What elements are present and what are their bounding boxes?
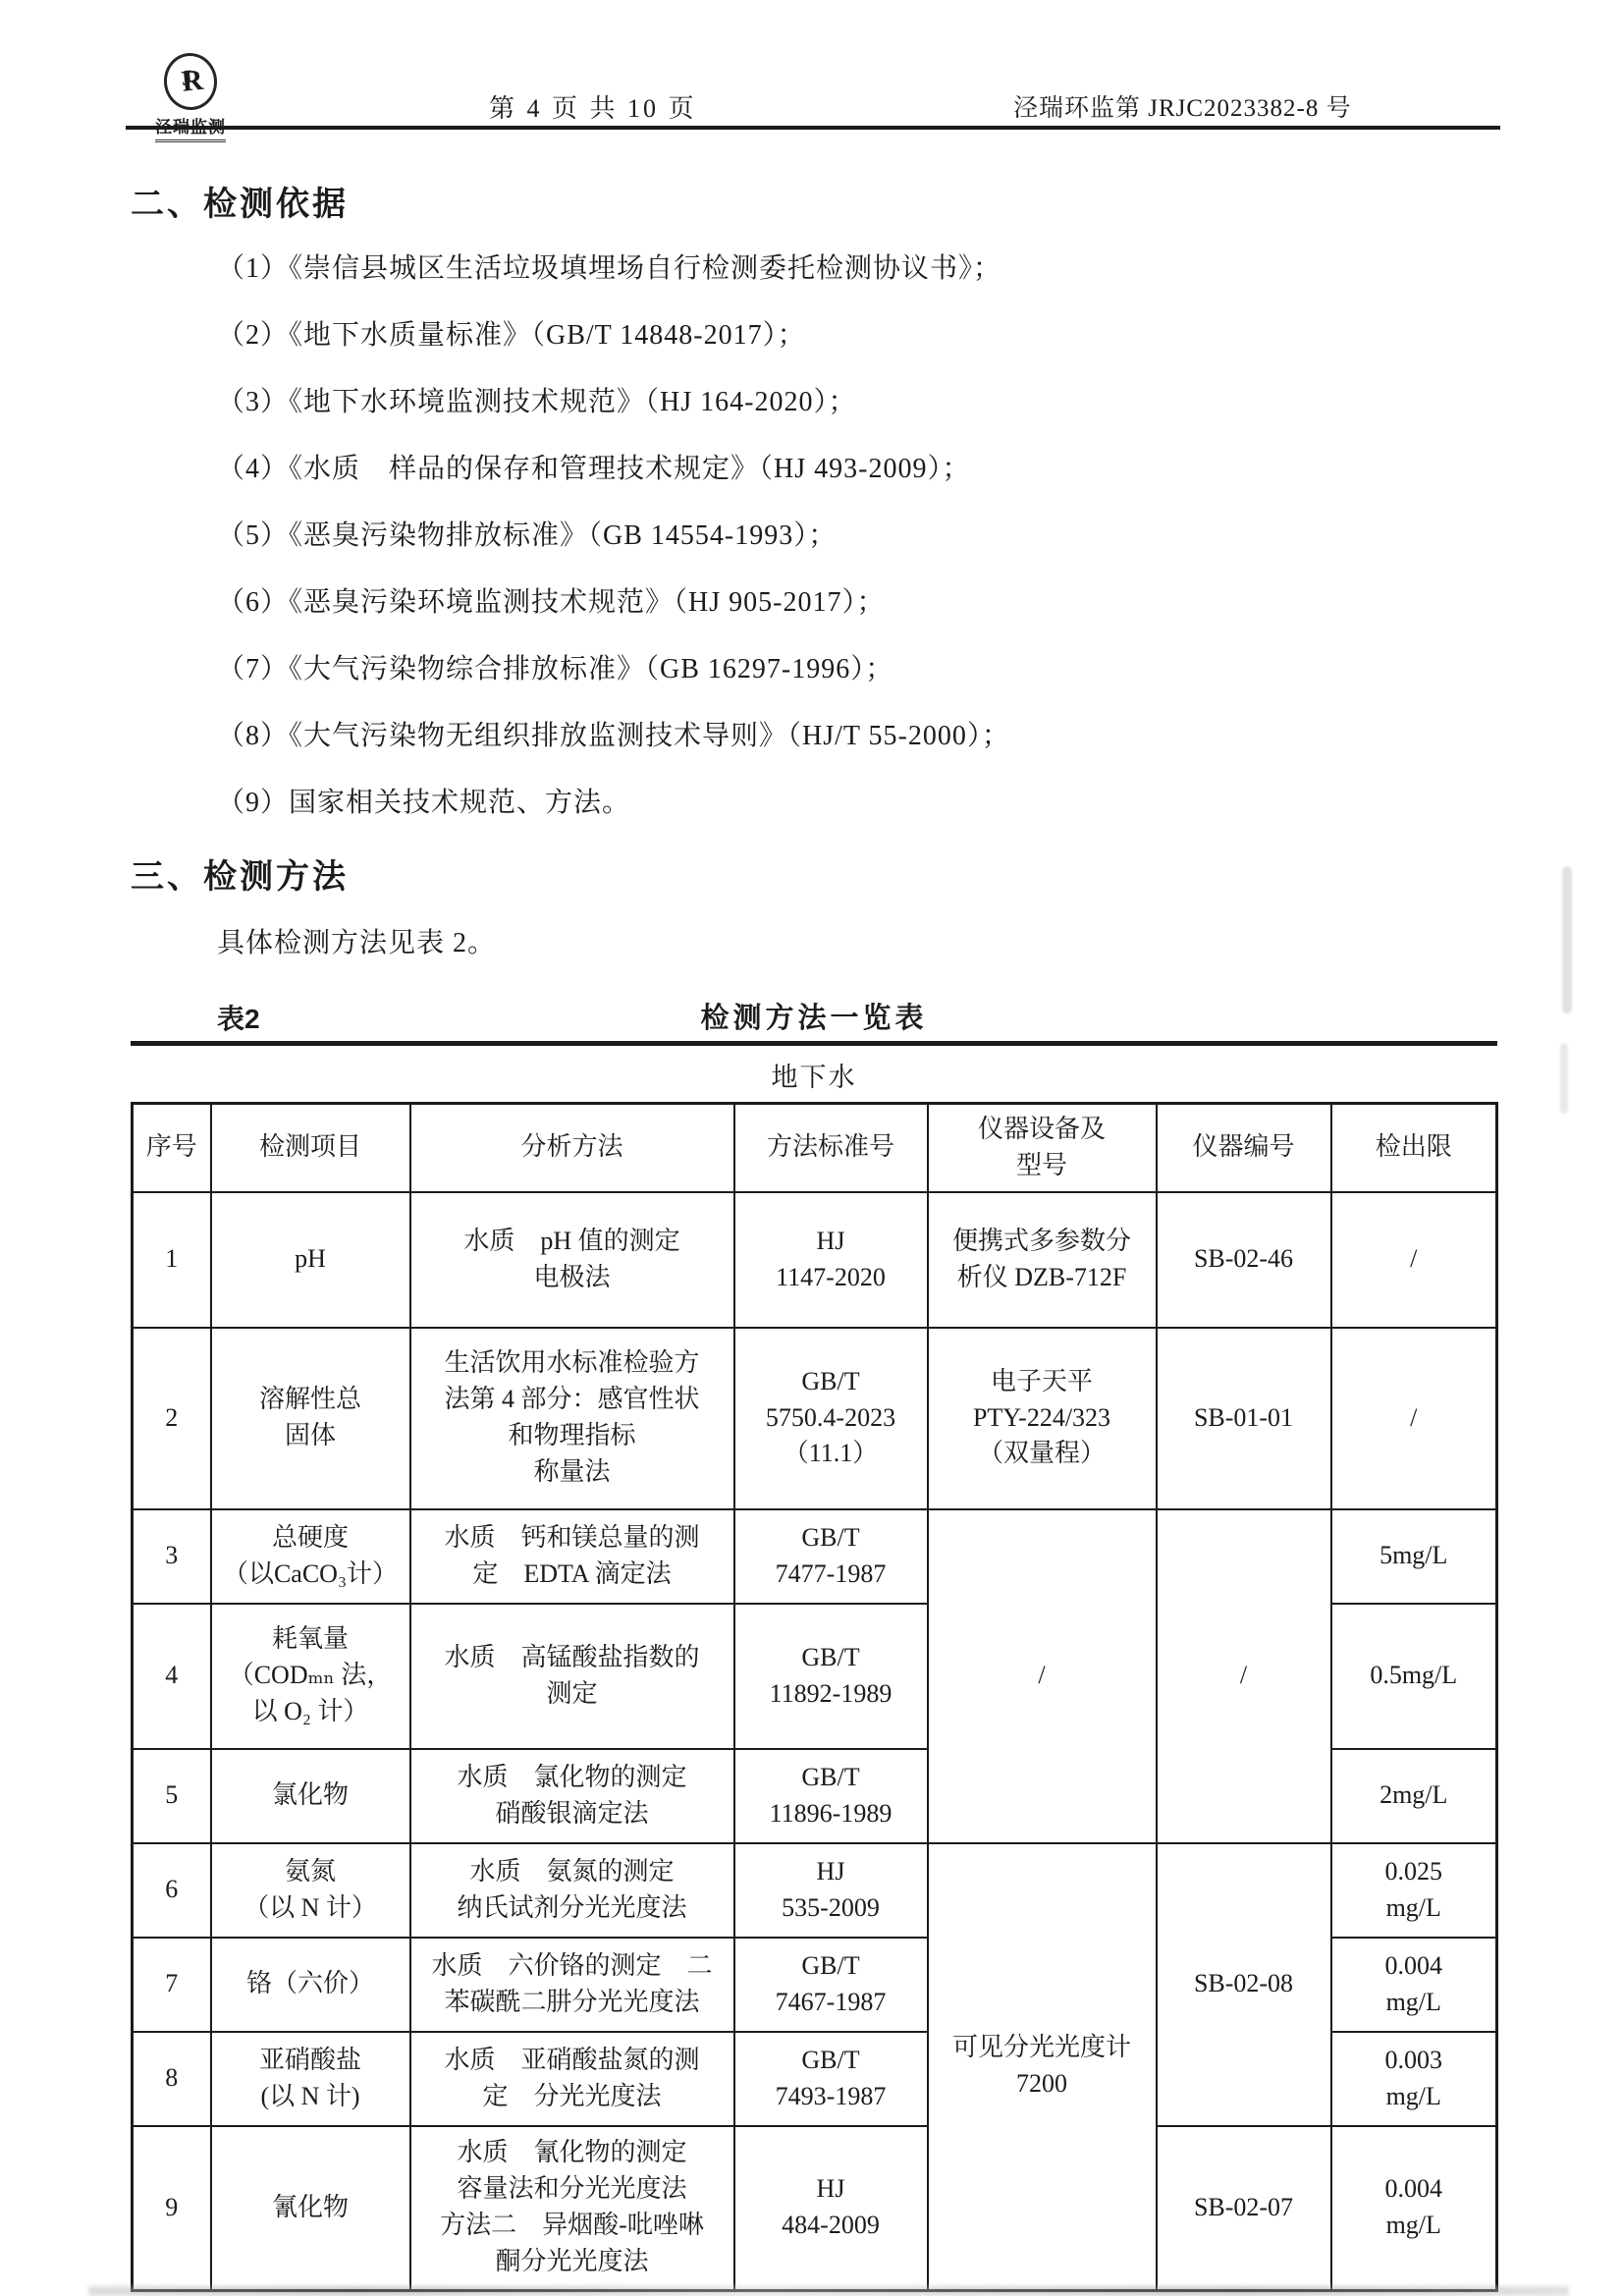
header-rule bbox=[126, 126, 1500, 130]
cell-item: 溶解性总 固体 bbox=[211, 1328, 410, 1509]
cell-standard: GB/T 7477-1987 bbox=[734, 1509, 928, 1604]
cell-item: 总硬度 （以CaCO₃计） bbox=[211, 1509, 410, 1604]
cell-seq: 7 bbox=[133, 1938, 211, 2032]
basis-item-1: （1）《崇信县城区生活垃圾填埋场自行检测委托检测协议书》； bbox=[131, 248, 1497, 290]
cell-seq: 9 bbox=[133, 2126, 211, 2291]
cell-item: 氨氮 （以 N 计） bbox=[211, 1843, 410, 1938]
cell-limit: 0.5mg/L bbox=[1331, 1604, 1497, 1749]
table-row: 1 pH 水质 pH 值的测定 电极法 HJ 1147-2020 便携式多参数分… bbox=[133, 1192, 1497, 1328]
cell-seq: 4 bbox=[133, 1604, 211, 1749]
scan-artifact bbox=[88, 2286, 1569, 2296]
table-top-rule bbox=[131, 1041, 1497, 1046]
cell-instrument-no: SB-02-46 bbox=[1157, 1192, 1331, 1328]
cell-item: 铬（六价） bbox=[211, 1938, 410, 2032]
basis-item-6: （6）《恶臭污染环境监测技术规范》（HJ 905-2017）； bbox=[131, 582, 1497, 624]
cell-method: 水质 氰化物的测定 容量法和分光光度法 方法二 异烟酸-吡唑啉 酮分光光度法 bbox=[410, 2126, 734, 2291]
cell-instrument: 便携式多参数分 析仪 DZB-712F bbox=[928, 1192, 1157, 1328]
table-row: 3 总硬度 （以CaCO₃计） 水质 钙和镁总量的测 定 EDTA 滴定法 GB… bbox=[133, 1509, 1497, 1604]
cell-instrument-merged: 可见分光光度计 7200 bbox=[928, 1843, 1157, 2291]
cell-limit: 0.004 mg/L bbox=[1331, 1938, 1497, 2032]
scan-artifact bbox=[1562, 866, 1572, 1013]
basis-item-5: （5）《恶臭污染物排放标准》（GB 14554-1993）； bbox=[131, 516, 1497, 557]
page-number: 第 4 页 共 10 页 bbox=[489, 88, 697, 125]
cell-instrument-merged: / bbox=[928, 1509, 1157, 1843]
cell-instrument-no: SB-01-01 bbox=[1157, 1328, 1331, 1509]
cell-method: 水质 氯化物的测定 硝酸银滴定法 bbox=[410, 1749, 734, 1843]
col-header-instrument-no: 仪器编号 bbox=[1157, 1104, 1331, 1192]
section-3-intro: 具体检测方法见表 2。 bbox=[131, 921, 1497, 960]
cell-standard: GB/T 11896-1989 bbox=[734, 1749, 928, 1843]
table-header-row: 序号 检测项目 分析方法 方法标准号 仪器设备及 型号 仪器编号 检出限 bbox=[133, 1104, 1497, 1192]
table-subtitle: 地下水 bbox=[131, 1056, 1497, 1094]
cell-standard: HJ 1147-2020 bbox=[734, 1192, 928, 1328]
cell-standard: GB/T 7467-1987 bbox=[734, 1938, 928, 2032]
cell-method: 水质 六价铬的测定 二 苯碳酰二肼分光光度法 bbox=[410, 1938, 734, 2032]
cell-standard: GB/T 7493-1987 bbox=[734, 2032, 928, 2126]
cell-seq: 5 bbox=[133, 1749, 211, 1843]
cell-item: 氯化物 bbox=[211, 1749, 410, 1843]
col-header-item: 检测项目 bbox=[211, 1104, 410, 1192]
cell-limit: 2mg/L bbox=[1331, 1749, 1497, 1843]
cell-standard: HJ 484-2009 bbox=[734, 2126, 928, 2291]
section-3-title: 三、检测方法 bbox=[131, 849, 1497, 898]
table-row: 9 氰化物 水质 氰化物的测定 容量法和分光光度法 方法二 异烟酸-吡唑啉 酮分… bbox=[133, 2126, 1497, 2291]
cell-seq: 6 bbox=[133, 1843, 211, 1938]
report-number: 泾瑞环监第 JRJC2023382-8 号 bbox=[1013, 88, 1352, 124]
cell-item: 亚硝酸盐 (以 N 计) bbox=[211, 2032, 410, 2126]
table-caption: 表2 检测方法一览表 bbox=[131, 996, 1497, 1037]
cell-standard: GB/T 5750.4-2023 （11.1） bbox=[734, 1328, 928, 1509]
col-header-method: 分析方法 bbox=[410, 1104, 734, 1192]
cell-seq: 8 bbox=[133, 2032, 211, 2126]
table-title: 检测方法一览表 bbox=[131, 996, 1497, 1036]
cell-instrument-no: SB-02-07 bbox=[1157, 2126, 1331, 2291]
basis-item-4: （4）《水质 样品的保存和管理技术规定》（HJ 493-2009）； bbox=[131, 449, 1497, 490]
section-2-title: 二、检测依据 bbox=[131, 177, 1497, 225]
cell-item: 氰化物 bbox=[211, 2126, 410, 2291]
col-header-instrument: 仪器设备及 型号 bbox=[928, 1104, 1157, 1192]
document-body: 二、检测依据 （1）《崇信县城区生活垃圾填埋场自行检测委托检测协议书》； （2）… bbox=[131, 177, 1497, 2292]
cell-limit: 0.025 mg/L bbox=[1331, 1843, 1497, 1938]
cell-seq: 3 bbox=[133, 1509, 211, 1604]
cell-method: 水质 钙和镁总量的测 定 EDTA 滴定法 bbox=[410, 1509, 734, 1604]
basis-item-3: （3）《地下水环境监测技术规范》（HJ 164-2020）； bbox=[131, 382, 1497, 423]
basis-item-2: （2）《地下水质量标准》（GB/T 14848-2017）； bbox=[131, 315, 1497, 356]
basis-item-8: （8）《大气污染物无组织排放监测技术导则》（HJ/T 55-2000）； bbox=[131, 716, 1497, 757]
cell-method: 水质 pH 值的测定 电极法 bbox=[410, 1192, 734, 1328]
jr-monogram-icon: J R bbox=[161, 50, 220, 112]
cell-limit: / bbox=[1331, 1192, 1497, 1328]
cell-method: 水质 氨氮的测定 纳氏试剂分光光度法 bbox=[410, 1843, 734, 1938]
cell-instrument-no-merged: / bbox=[1157, 1509, 1331, 1843]
basis-item-9: （9）国家相关技术规范、方法。 bbox=[131, 783, 1497, 824]
cell-method: 水质 亚硝酸盐氮的测 定 分光光度法 bbox=[410, 2032, 734, 2126]
cell-item: 耗氧量 （CODₘₙ 法， 以 O₂ 计） bbox=[211, 1604, 410, 1749]
col-header-limit: 检出限 bbox=[1331, 1104, 1497, 1192]
cell-instrument: 电子天平 PTY-224/323 （双量程） bbox=[928, 1328, 1157, 1509]
cell-method: 水质 高锰酸盐指数的 测定 bbox=[410, 1604, 734, 1749]
col-header-seq: 序号 bbox=[133, 1104, 211, 1192]
table-row: 2 溶解性总 固体 生活饮用水标准检验方 法第 4 部分：感官性状 和物理指标 … bbox=[133, 1328, 1497, 1509]
basis-item-7: （7）《大气污染物综合排放标准》（GB 16297-1996）； bbox=[131, 649, 1497, 690]
cell-limit: 0.003 mg/L bbox=[1331, 2032, 1497, 2126]
cell-limit: / bbox=[1331, 1328, 1497, 1509]
cell-limit: 5mg/L bbox=[1331, 1509, 1497, 1604]
scan-artifact bbox=[1560, 1043, 1568, 1114]
methods-table: 序号 检测项目 分析方法 方法标准号 仪器设备及 型号 仪器编号 检出限 1 p… bbox=[131, 1102, 1498, 2292]
cell-seq: 1 bbox=[133, 1192, 211, 1328]
table-row: 6 氨氮 （以 N 计） 水质 氨氮的测定 纳氏试剂分光光度法 HJ 535-2… bbox=[133, 1843, 1497, 1938]
cell-instrument-no-merged: SB-02-08 bbox=[1157, 1843, 1331, 2126]
cell-seq: 2 bbox=[133, 1328, 211, 1509]
cell-standard: GB/T 11892-1989 bbox=[734, 1604, 928, 1749]
table-label: 表2 bbox=[217, 998, 260, 1037]
cell-standard: HJ 535-2009 bbox=[734, 1843, 928, 1938]
cell-method: 生活饮用水标准检验方 法第 4 部分：感官性状 和物理指标 称量法 bbox=[410, 1328, 734, 1509]
cell-item: pH bbox=[211, 1192, 410, 1328]
cell-limit: 0.004 mg/L bbox=[1331, 2126, 1497, 2291]
col-header-standard: 方法标准号 bbox=[734, 1104, 928, 1192]
document-page: J R 泾瑞监测 第 4 页 共 10 页 泾瑞环监第 JRJC2023382-… bbox=[0, 0, 1623, 2296]
basis-list: （1）《崇信县城区生活垃圾填埋场自行检测委托检测协议书》； （2）《地下水质量标… bbox=[131, 248, 1497, 824]
